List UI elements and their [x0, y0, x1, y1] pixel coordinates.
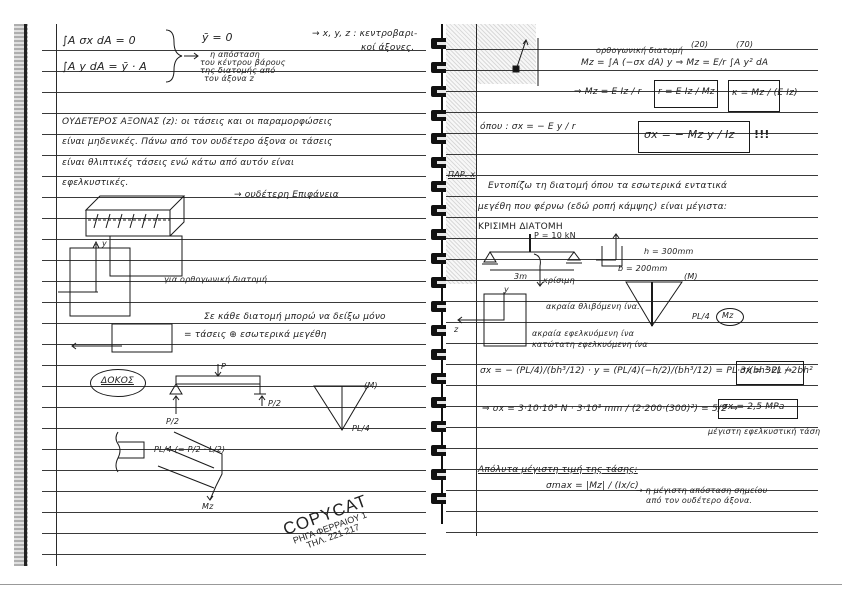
section-moment: PL/4 (= P/2 · L/2) [154, 445, 225, 454]
svg-text:y: y [101, 239, 107, 248]
brace-sketch [164, 28, 204, 88]
span-value: 3m [514, 272, 527, 281]
axis-sketch [502, 30, 542, 90]
stress-relation: όπου : σx = − E y / r [480, 122, 576, 132]
absolute-max-eq: σmax = |Mz| / (Ix/c) [546, 481, 639, 491]
stress-integral-sketch [72, 324, 182, 354]
neutral-surface-label: → ουδέτερη Επιφάνεια [234, 190, 339, 200]
stress-calc-2: ⇒ σx = 3·10·10³ N · 3·10³ mm / (2·200·(3… [482, 404, 738, 414]
reaction-left: P/2 [166, 417, 179, 426]
simply-supported-beam [164, 364, 274, 424]
integral-sigma-zero: ∫A σx dA = 0 [62, 34, 136, 47]
mz-circled: Mz [722, 311, 734, 320]
svg-text:y: y [503, 285, 509, 294]
moment-value: PL/4 [692, 312, 710, 321]
bottom-fiber-note-2: κατώτατη εφελκυόμενη ίνα [532, 340, 648, 349]
deriv-mz: ⇒ Mz = E Iz / r [574, 87, 642, 97]
moment-integral-eq: Mz = ∫A (−σx dA) y ⇒ Mz = E/r ∫A y² dA [581, 58, 768, 68]
curvature-eq: κ = Mz / (E Iz) [732, 88, 798, 98]
example-line-1: Εντοπίζω τη διατομή όπου τα εσωτερικά εν… [488, 181, 727, 191]
section-height: h = 300mm [644, 247, 694, 256]
section-cut-sketch [114, 428, 234, 508]
neutral-axis-line-2: είναι μηδενικές. Πάνω από τον ουδέτερο ά… [62, 137, 333, 147]
absolute-max-heading: Απόλυτα μέγιστη τιμή της τάσης: [478, 465, 638, 475]
flexure-formula: σx = − Mz y / Iz [644, 128, 735, 141]
section-width: b = 200mm [618, 264, 668, 273]
centroidal-axes-note: → x, y, z : κεντροβαρι- [312, 29, 417, 39]
example-moment-diagram [622, 280, 692, 330]
section-statement: Σε κάθε διατομή μπορώ να δείξω μόνο [204, 312, 386, 322]
example-line-2: μεγέθη που φέρνω (εδώ ροπή κάμψης) είναι… [478, 202, 727, 212]
neutral-axis-line-4: εφελκυστικές. [62, 178, 129, 188]
max-tensile-note: μέγιστη εφελκυστική τάση [708, 427, 820, 436]
scan-bottom-edge [0, 584, 842, 585]
rect-section-title: ορθογωνική διατομή [596, 46, 683, 55]
neutral-axis-line-1: ΟΥΔΕΤΕΡΟΣ ΑΞΟΝΑΣ (z): οι τάσεις και οι π… [62, 117, 332, 127]
load-value: P = 10 kN [534, 231, 576, 240]
stresses-internal-forces: = τάσεις ⊕ εσωτερικά μεγέθη [184, 330, 327, 340]
integral-first-moment: ∫A y dA = ȳ · A [62, 60, 147, 73]
margin-line [56, 24, 57, 566]
beam-label: ΔΟΚΟΣ [101, 376, 134, 386]
max-distance-note-1: → η μέγιστη απόσταση σημείου [636, 486, 767, 495]
margin-line [476, 24, 477, 536]
bottom-fiber-note-1: ακραία εφελκυόμενη ίνα [532, 329, 634, 338]
moment-diagram-label: (M) [364, 381, 378, 390]
right-notebook-page: ορθογωνική διατομή (20) (70) Mz = ∫A (−σ… [446, 24, 818, 536]
ref-70: (70) [736, 40, 753, 49]
moment-max: PL/4 [352, 424, 370, 433]
page-edge-line [24, 24, 27, 566]
svg-text:z: z [453, 325, 459, 334]
centroid-result: ȳ = 0 [202, 31, 233, 44]
stress-section-sketch: y z [454, 288, 544, 350]
left-notebook-page: ∫A σx dA = 0 ȳ = 0 → x, y, z : κεντροβαρ… [14, 24, 426, 566]
stress-result: σx = 2,5 MPa [722, 402, 785, 412]
max-distance-note-2: από τον ουδέτερο άξονα. [646, 496, 752, 505]
rect-section-note: για ορθογωνική διατομή [164, 275, 267, 284]
load-p: P [221, 362, 226, 371]
centroid-distance-note-4: τον άξονα z [204, 74, 254, 83]
deriv-r: r = E Iz / Mz [658, 87, 715, 97]
example-heading: ΠΑΡ. x [448, 170, 475, 179]
critical-label: κρίσιμη [543, 276, 575, 285]
emphasis-marks: !!! [754, 128, 770, 141]
ref-20: (20) [691, 40, 708, 49]
centroidal-axes-note-2: κοί άξονες. [361, 43, 414, 53]
stress-formula-boxed: σx = 3PL / 2bh² [740, 366, 813, 376]
moment-vector-mz: Mz [202, 502, 214, 511]
reaction-right: P/2 [268, 399, 281, 408]
neutral-axis-line-3: είναι θλιπτικές τάσεις ενώ κάτω από αυτό… [62, 158, 294, 168]
